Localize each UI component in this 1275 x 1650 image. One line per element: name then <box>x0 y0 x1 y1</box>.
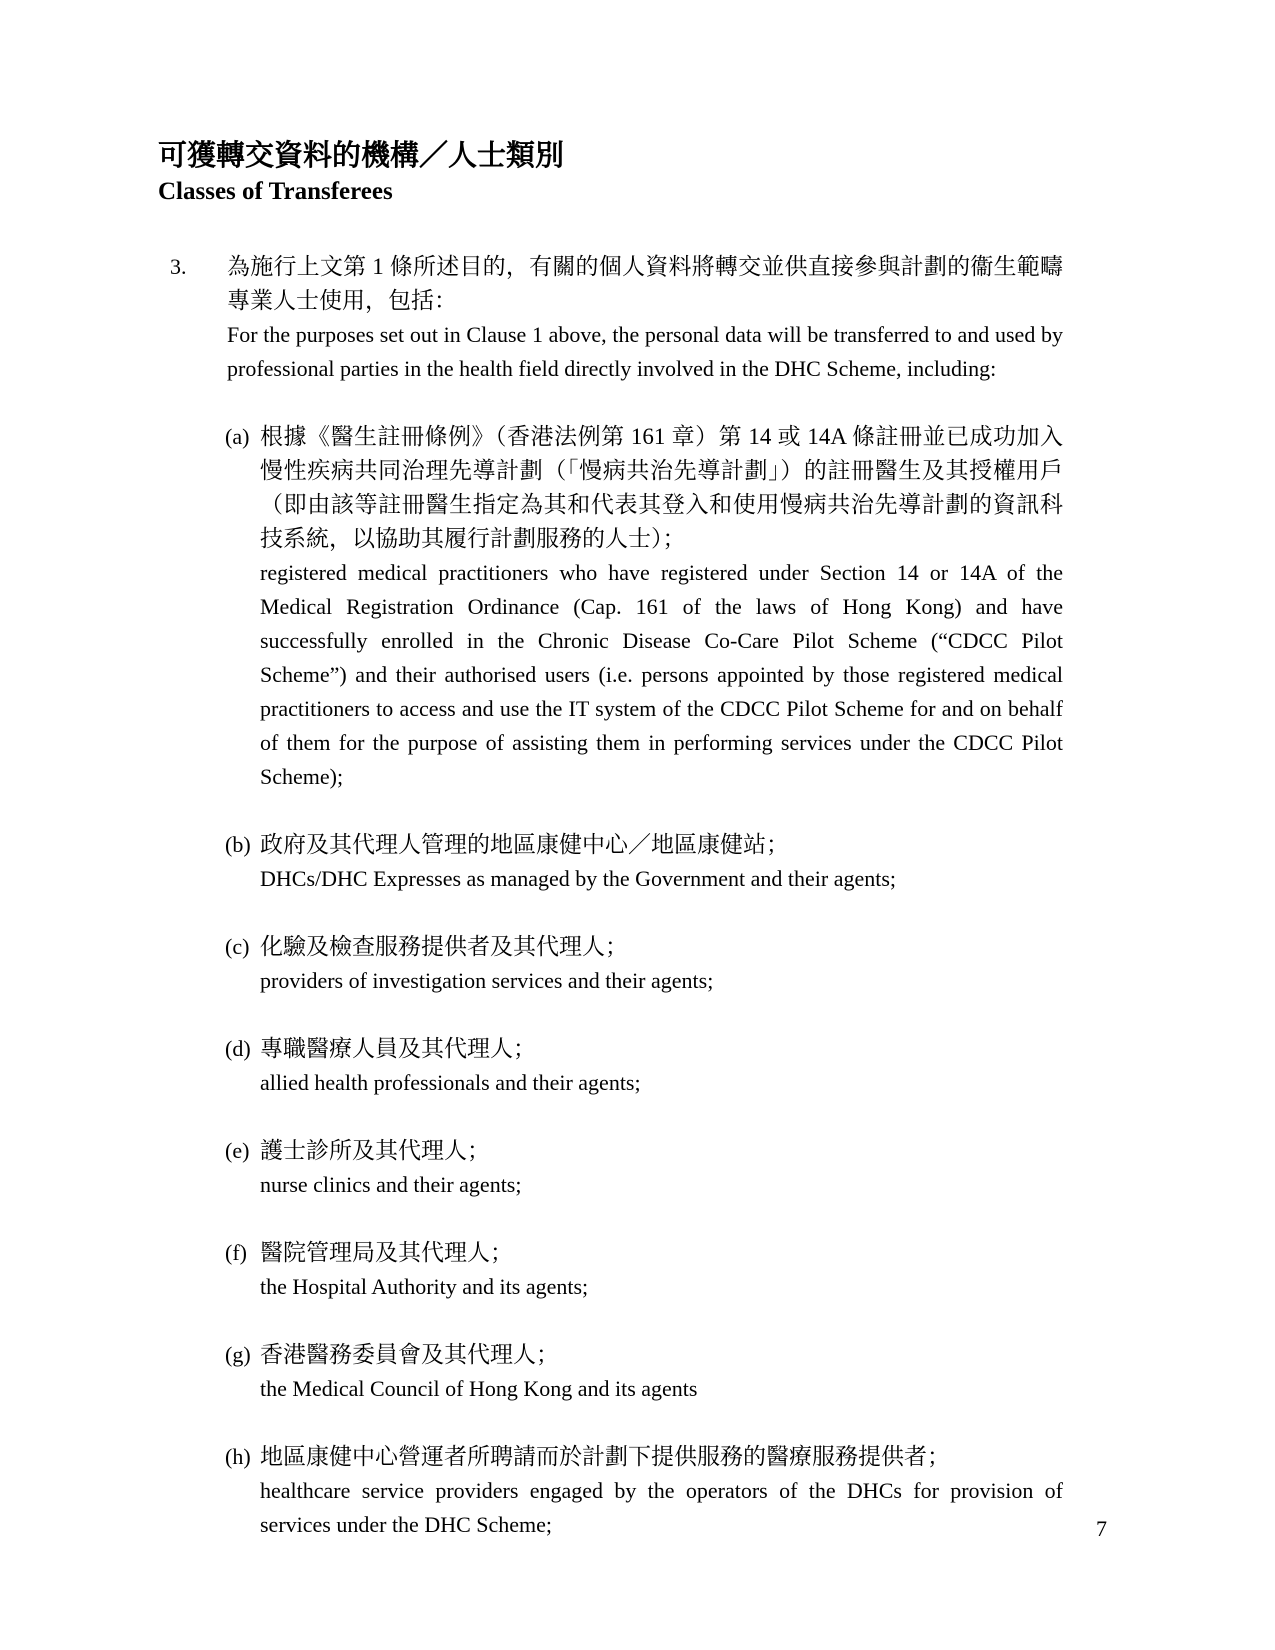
section-title-zh: 可獲轉交資料的機構／人士類別 <box>158 136 1063 176</box>
list-item-label: (c) <box>225 930 249 964</box>
list-item-text-en: providers of investigation services and … <box>260 964 1063 998</box>
list-item-h: (h) 地區康健中心營運者所聘請而於計劃下提供服務的醫療服務提供者； healt… <box>225 1440 1063 1542</box>
list-item-label: (e) <box>225 1134 249 1168</box>
clause-text-zh: 為施行上文第 1 條所述目的，有關的個人資料將轉交並供直接參與計劃的衞生範疇專業… <box>227 250 1063 318</box>
list-item-f: (f) 醫院管理局及其代理人； the Hospital Authority a… <box>225 1236 1063 1304</box>
list-item-text-en: nurse clinics and their agents; <box>260 1168 1063 1202</box>
list-item-text-zh: 醫院管理局及其代理人； <box>260 1236 1063 1270</box>
list-item-label: (h) <box>225 1440 251 1474</box>
list-item-text-zh: 地區康健中心營運者所聘請而於計劃下提供服務的醫療服務提供者； <box>260 1440 1063 1474</box>
list-item-g: (g) 香港醫務委員會及其代理人； the Medical Council of… <box>225 1338 1063 1406</box>
document-content: 可獲轉交資料的機構／人士類別 Classes of Transferees 3.… <box>158 136 1063 1542</box>
list-item-text-en: allied health professionals and their ag… <box>260 1066 1063 1100</box>
list-item-a: (a) 根據《醫生註冊條例》（香港法例第 161 章）第 14 或 14A 條註… <box>225 420 1063 794</box>
list-item-text-zh: 政府及其代理人管理的地區康健中心／地區康健站； <box>260 828 1063 862</box>
list-item-label: (g) <box>225 1338 251 1372</box>
list-item-text-zh: 香港醫務委員會及其代理人； <box>260 1338 1063 1372</box>
list-item-d: (d) 專職醫療人員及其代理人； allied health professio… <box>225 1032 1063 1100</box>
list-item-text-en: the Hospital Authority and its agents; <box>260 1270 1063 1304</box>
list-item-label: (d) <box>225 1032 251 1066</box>
clause-number: 3. <box>170 250 187 284</box>
page-number: 7 <box>1096 1514 1107 1544</box>
list-item-text-zh: 專職醫療人員及其代理人； <box>260 1032 1063 1066</box>
transferee-list: (a) 根據《醫生註冊條例》（香港法例第 161 章）第 14 或 14A 條註… <box>225 420 1063 1542</box>
list-item-label: (f) <box>225 1236 247 1270</box>
list-item-text-en: DHCs/DHC Expresses as managed by the Gov… <box>260 862 1063 896</box>
list-item-text-en: healthcare service providers engaged by … <box>260 1474 1063 1542</box>
list-item-label: (b) <box>225 828 251 862</box>
list-item-c: (c) 化驗及檢查服務提供者及其代理人； providers of invest… <box>225 930 1063 998</box>
clause-text-en: For the purposes set out in Clause 1 abo… <box>227 318 1063 386</box>
list-item-text-zh: 根據《醫生註冊條例》（香港法例第 161 章）第 14 或 14A 條註冊並已成… <box>260 420 1063 556</box>
section-title-en: Classes of Transferees <box>158 176 1063 208</box>
list-item-text-zh: 護士診所及其代理人； <box>260 1134 1063 1168</box>
list-item-text-en: the Medical Council of Hong Kong and its… <box>260 1372 1063 1406</box>
list-item-b: (b) 政府及其代理人管理的地區康健中心／地區康健站； DHCs/DHC Exp… <box>225 828 1063 896</box>
list-item-label: (a) <box>225 420 249 454</box>
clause-3: 3. 為施行上文第 1 條所述目的，有關的個人資料將轉交並供直接參與計劃的衞生範… <box>158 250 1063 386</box>
list-item-text-zh: 化驗及檢查服務提供者及其代理人； <box>260 930 1063 964</box>
document-page: 可獲轉交資料的機構／人士類別 Classes of Transferees 3.… <box>0 0 1275 1650</box>
list-item-e: (e) 護士診所及其代理人； nurse clinics and their a… <box>225 1134 1063 1202</box>
list-item-text-en: registered medical practitioners who hav… <box>260 556 1063 794</box>
